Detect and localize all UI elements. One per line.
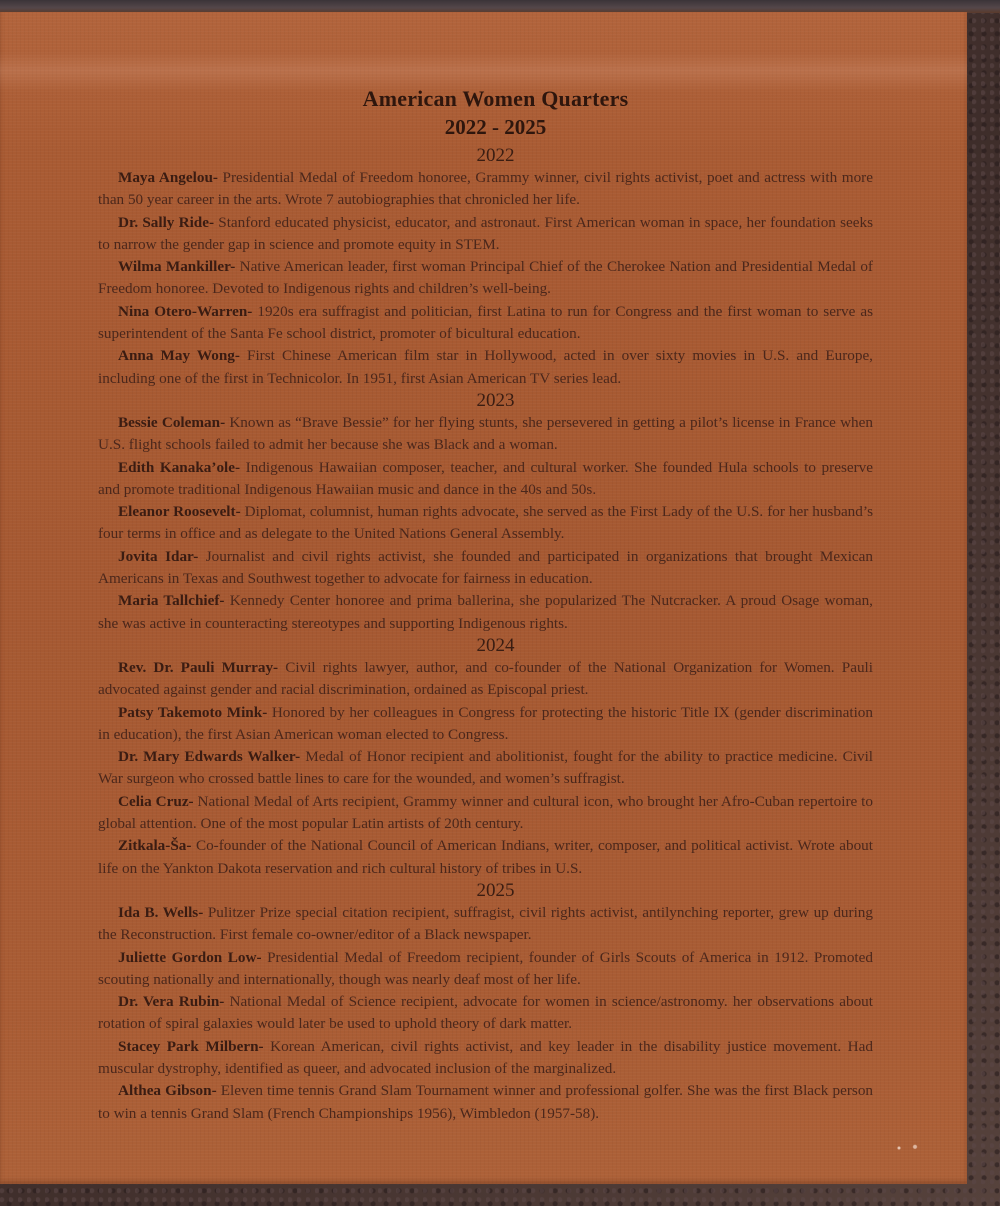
- honoree-name: Ida B. Wells-: [118, 904, 203, 921]
- surface-scratch: [887, 1142, 927, 1154]
- honoree-description: National Medal of Arts recipient, Grammy…: [98, 793, 873, 832]
- year-heading: 2025: [118, 880, 873, 902]
- honoree-description: Stanford educated physicist, educator, a…: [98, 214, 873, 253]
- honoree-name: Wilma Mankiller-: [118, 258, 235, 275]
- honoree-entry: Anna May Wong- First Chinese American fi…: [98, 345, 873, 390]
- honoree-entry: Wilma Mankiller- Native American leader,…: [98, 256, 873, 301]
- honoree-name: Anna May Wong-: [118, 347, 240, 364]
- year-section-2023: 2023Bessie Coleman- Known as “Brave Bess…: [118, 390, 873, 635]
- honoree-entry: Eleanor Roosevelt- Diplomat, columnist, …: [98, 501, 873, 546]
- honoree-name: Dr. Mary Edwards Walker-: [118, 748, 300, 765]
- honoree-description: Journalist and civil rights activist, sh…: [98, 548, 873, 587]
- honoree-entry: Bessie Coleman- Known as “Brave Bessie” …: [98, 412, 873, 457]
- honoree-name: Maya Angelou-: [118, 169, 218, 186]
- honoree-name: Zitkala-Ša-: [118, 837, 191, 854]
- honoree-name: Bessie Coleman-: [118, 414, 225, 431]
- honoree-name: Dr. Vera Rubin-: [118, 993, 224, 1010]
- honoree-entry: Ida B. Wells- Pulitzer Prize special cit…: [98, 902, 873, 947]
- honoree-entry: Dr. Vera Rubin- National Medal of Scienc…: [98, 991, 873, 1036]
- honoree-entry: Nina Otero-Warren- 1920s era suffragist …: [98, 301, 873, 346]
- honoree-description: Co-founder of the National Council of Am…: [98, 837, 873, 876]
- honoree-name: Jovita Idar-: [118, 548, 198, 565]
- sections-container: 2022Maya Angelou- Presidential Medal of …: [118, 145, 873, 1125]
- honoree-entry: Juliette Gordon Low- Presidential Medal …: [98, 947, 873, 992]
- honoree-name: Dr. Sally Ride-: [118, 214, 214, 231]
- year-section-2025: 2025Ida B. Wells- Pulitzer Prize special…: [118, 880, 873, 1125]
- honoree-name: Althea Gibson-: [118, 1082, 217, 1099]
- honoree-name: Stacey Park Milbern-: [118, 1038, 264, 1055]
- honoree-entry: Edith Kanaka’ole- Indigenous Hawaiian co…: [98, 457, 873, 502]
- honoree-name: Celia Cruz-: [118, 793, 194, 810]
- year-heading: 2022: [118, 145, 873, 167]
- honoree-entry: Celia Cruz- National Medal of Arts recip…: [98, 791, 873, 836]
- honoree-entry: Stacey Park Milbern- Korean American, ci…: [98, 1036, 873, 1081]
- honoree-entry: Zitkala-Ša- Co-founder of the National C…: [98, 835, 873, 880]
- honoree-name: Juliette Gordon Low-: [118, 949, 262, 966]
- honoree-entry: Althea Gibson- Eleven time tennis Grand …: [98, 1080, 873, 1125]
- honoree-entry: Rev. Dr. Pauli Murray- Civil rights lawy…: [98, 657, 873, 702]
- honoree-entry: Jovita Idar- Journalist and civil rights…: [98, 546, 873, 591]
- plaque-content: American Women Quarters 2022 - 2025 2022…: [118, 84, 873, 1125]
- honoree-name: Maria Tallchief-: [118, 592, 224, 609]
- honoree-name: Eleanor Roosevelt-: [118, 503, 241, 520]
- year-section-2022: 2022Maya Angelou- Presidential Medal of …: [118, 145, 873, 390]
- page-title: American Women Quarters: [118, 84, 873, 114]
- copper-plaque-panel: American Women Quarters 2022 - 2025 2022…: [0, 12, 967, 1184]
- year-section-2024: 2024Rev. Dr. Pauli Murray- Civil rights …: [118, 635, 873, 880]
- honoree-entry: Dr. Mary Edwards Walker- Medal of Honor …: [98, 746, 873, 791]
- honoree-entry: Dr. Sally Ride- Stanford educated physic…: [98, 212, 873, 257]
- honoree-entry: Maria Tallchief- Kennedy Center honoree …: [98, 590, 873, 635]
- page-subtitle: 2022 - 2025: [118, 114, 873, 140]
- honoree-entry: Patsy Takemoto Mink- Honored by her coll…: [98, 702, 873, 747]
- honoree-name: Edith Kanaka’ole-: [118, 459, 240, 476]
- entries-list: Rev. Dr. Pauli Murray- Civil rights lawy…: [98, 657, 873, 880]
- honoree-description: Pulitzer Prize special citation recipien…: [98, 904, 873, 943]
- honoree-entry: Maya Angelou- Presidential Medal of Free…: [98, 167, 873, 212]
- year-heading: 2024: [118, 635, 873, 657]
- entries-list: Maya Angelou- Presidential Medal of Free…: [98, 167, 873, 390]
- honoree-name: Rev. Dr. Pauli Murray-: [118, 659, 278, 676]
- entries-list: Ida B. Wells- Pulitzer Prize special cit…: [98, 902, 873, 1125]
- honoree-name: Patsy Takemoto Mink-: [118, 704, 267, 721]
- honoree-name: Nina Otero-Warren-: [118, 303, 252, 320]
- entries-list: Bessie Coleman- Known as “Brave Bessie” …: [98, 412, 873, 635]
- year-heading: 2023: [118, 390, 873, 412]
